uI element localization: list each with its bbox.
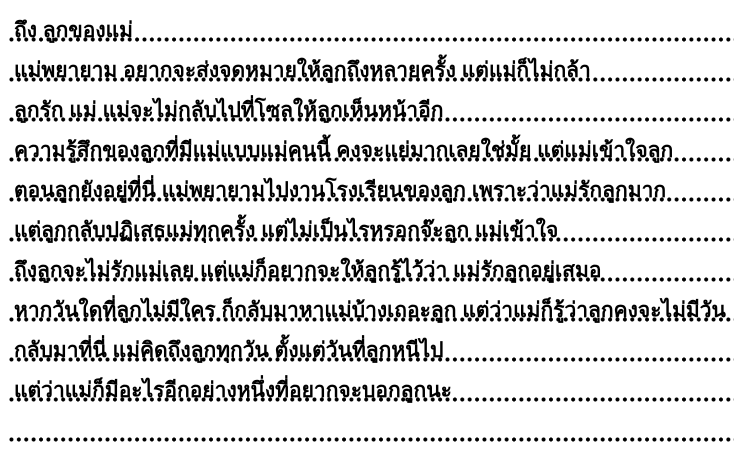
letter-line: แต่ลูกกลับปฏิเสธแม่ทุกครั้ง แต่ไม่เป็นไร…	[8, 202, 734, 242]
letter-line: ตอนลูกยังอยู่ที่นี่ แม่พยายามไปงานโรงเรี…	[8, 162, 734, 202]
letter-line: ลูกรัก แม่ แม่จะไม่กลับไปที่โซลให้ลูกเห็…	[8, 82, 734, 122]
letter-line: ความรู้สึกของลูกที่มีแม่แบบแม่คนนี้ คงจะ…	[8, 122, 734, 162]
letter-line: หากวันใดที่ลูกไม่มีใคร ก็กลับมาหาแม่บ้าง…	[8, 282, 734, 322]
letter-lines: ถึง ลูกของแม่แม่พยายาม อยากจะส่งจดหมายให…	[8, 2, 734, 442]
letter-line: ถึง ลูกของแม่	[8, 2, 734, 42]
letter-line: แต่ว่าแม่ก็มีอะไรอีกอย่างหนึ่งที่อยากจะบ…	[8, 362, 734, 402]
letter-sheet: ถึง ลูกของแม่แม่พยายาม อยากจะส่งจดหมายให…	[0, 0, 742, 475]
letter-line	[8, 402, 734, 442]
letter-line: แม่พยายาม อยากจะส่งจดหมายให้ลูกถึงหลายคร…	[8, 42, 734, 82]
letter-line: กลับมาที่นี่ แม่คิดถึงลูกทุกวัน ตั้งแต่ว…	[8, 322, 734, 362]
dotted-rule	[8, 437, 734, 442]
letter-line: ถึงลูกจะไม่รักแม่เลย แต่แม่ก็อยากจะให้ลู…	[8, 242, 734, 282]
